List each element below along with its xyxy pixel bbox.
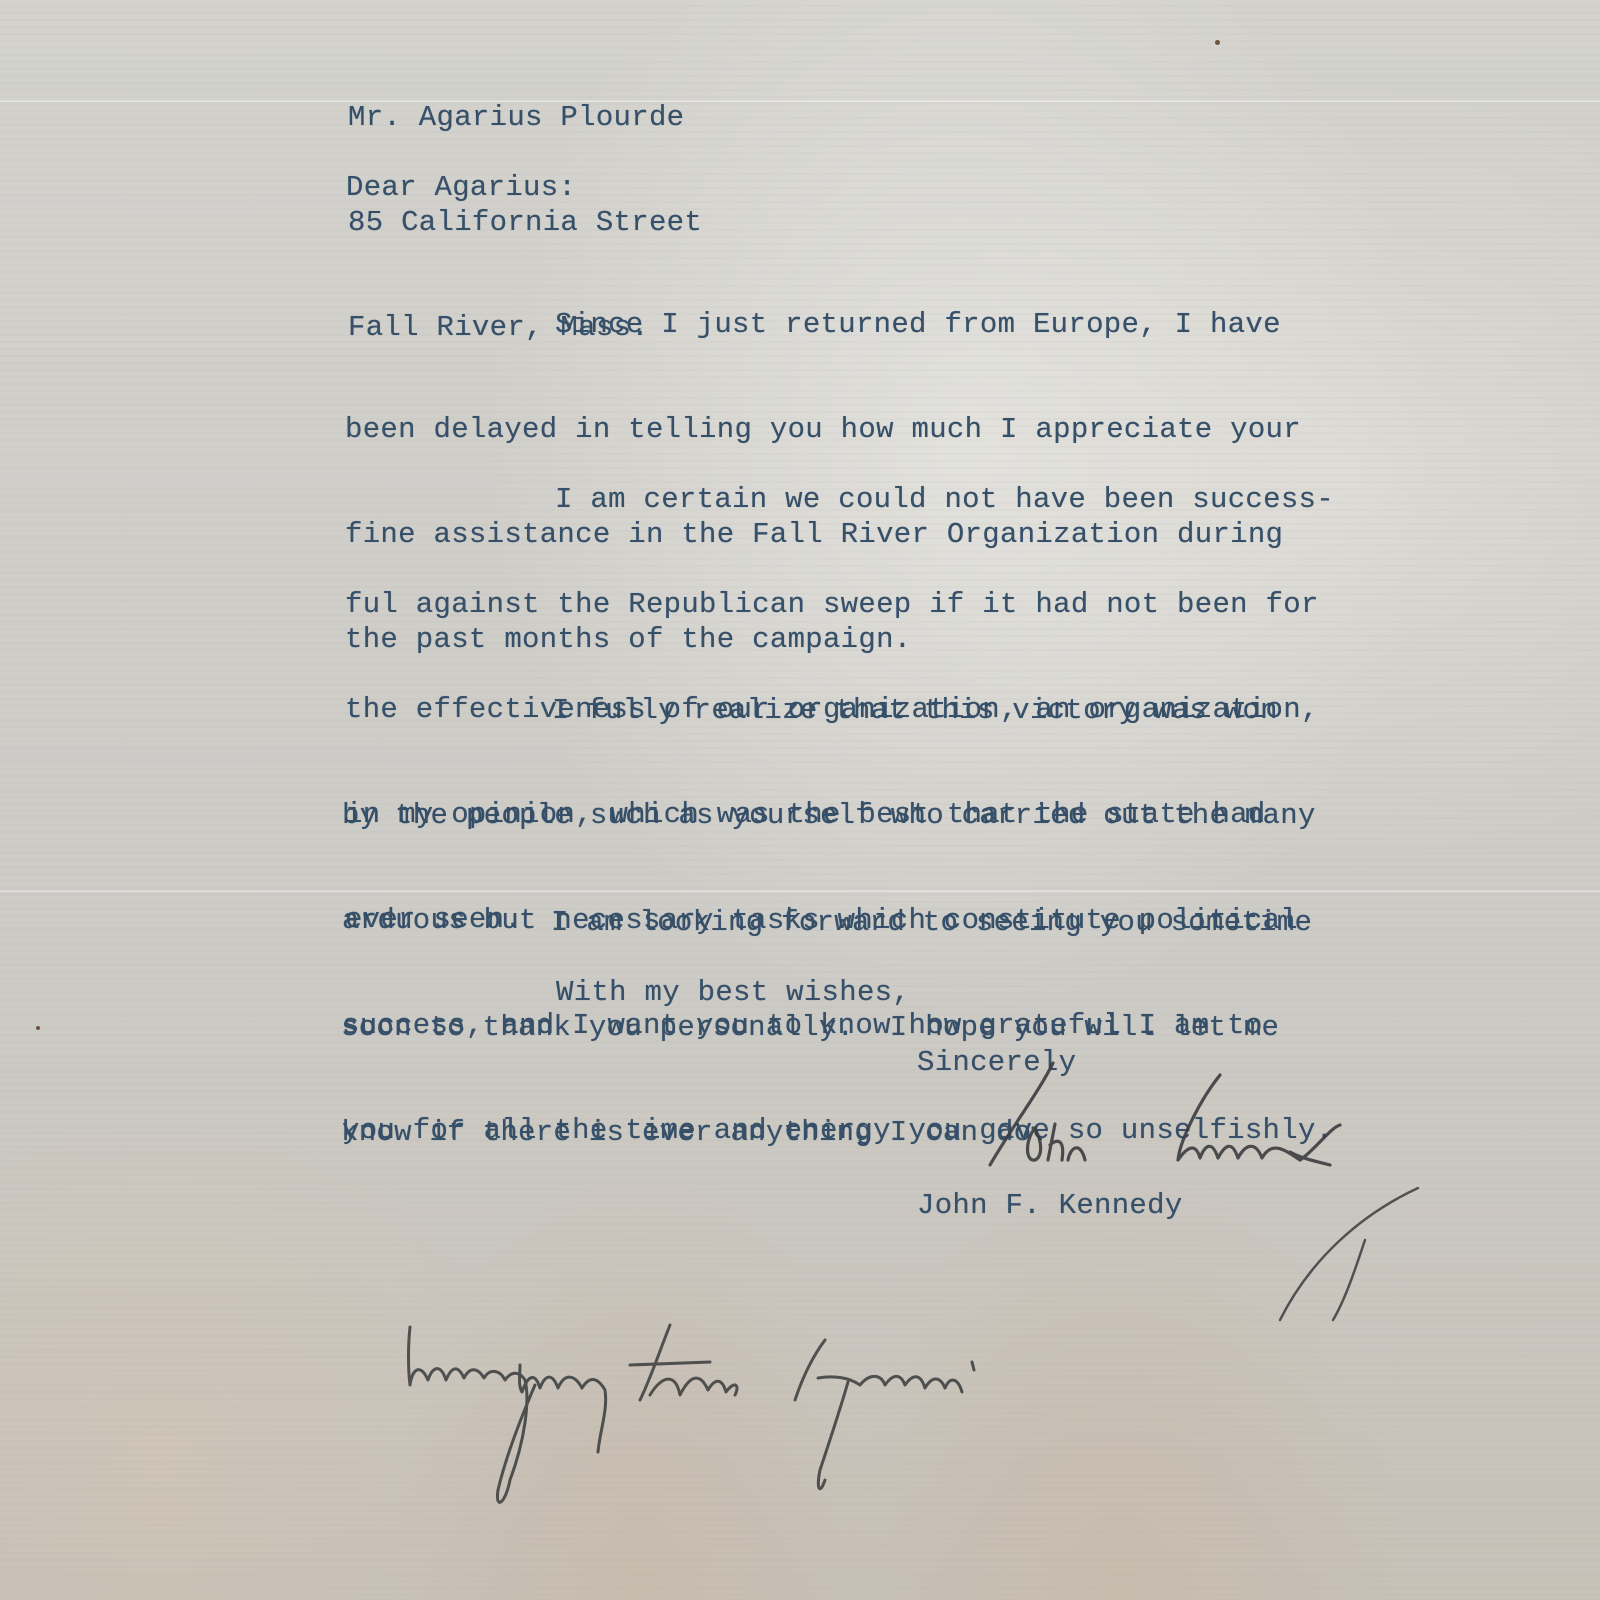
handwritten-postscript [0,0,1600,1600]
letter-paper: Mr. Agarius Plourde 85 California Street… [0,0,1600,1600]
